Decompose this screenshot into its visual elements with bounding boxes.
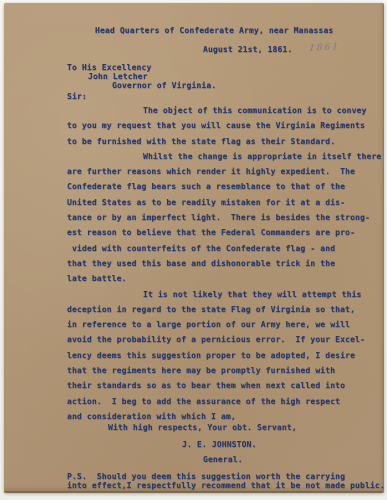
text-line: to be furnished with the state flag as t… — [67, 134, 381, 149]
text-line: action. I beg to add the assurance of th… — [67, 394, 381, 409]
text-line: John Letcher — [67, 72, 216, 81]
signature: J. E. JOHNSTON. — [182, 440, 257, 450]
date-line: August 21st, 1861. — [203, 45, 292, 55]
handwritten-year-annotation: 1861 — [309, 42, 341, 54]
text-line: est reason to believe that the Federal C… — [67, 225, 381, 240]
scan-background: Head Quarters of Confederate Army, near … — [0, 0, 387, 500]
letter-body: The object of this communication is to c… — [67, 103, 381, 424]
salutation: Sir: — [67, 92, 87, 102]
text-line: are further reasons which render it high… — [67, 164, 381, 179]
text-line: that the regiments here may be promptly … — [67, 363, 381, 378]
text-line: It is not likely that they will attempt … — [67, 287, 381, 302]
text-line: Governor of Virginia. — [67, 81, 216, 90]
text-line: To His Excellency — [67, 63, 216, 72]
text-line: avoid the probability of a pernicious er… — [67, 332, 381, 347]
closing-line: With high respects, Your obt. Servant, — [108, 423, 297, 433]
text-line: into effect,I respectfully recommend tha… — [67, 482, 385, 491]
text-line: that they used this base and dishonorabl… — [67, 256, 381, 271]
text-line: Confederate flag bears such a resemblanc… — [67, 179, 381, 194]
postscript-block: P.S. Should you deem this suggestion wor… — [67, 473, 385, 491]
document-paper: Head Quarters of Confederate Army, near … — [4, 3, 384, 493]
text-line: late battle. — [67, 271, 381, 286]
text-line: lency deems this suggestion proper to be… — [67, 348, 381, 363]
recipient-block: To His ExcellencyJohn LetcherGovernor of… — [67, 63, 216, 90]
text-line: The object of this communication is to c… — [67, 103, 381, 118]
letterhead-line: Head Quarters of Confederate Army, near … — [95, 26, 333, 36]
text-line: to you my request that you will cause th… — [67, 118, 381, 133]
signature-title: General. — [203, 455, 243, 465]
text-line: Whilst the change is appropriate in itse… — [67, 149, 381, 164]
text-line: vided with counterfeits of the Confedera… — [67, 241, 381, 256]
text-line: tance or by an imperfect light. There is… — [67, 210, 381, 225]
text-line: deception in regard to the state Flag of… — [67, 302, 381, 317]
text-line: United States as to be readily mistaken … — [67, 195, 381, 210]
text-line: in reference to a large portion of our A… — [67, 317, 381, 332]
text-line: their standards so as to bear them when … — [67, 378, 381, 393]
text-line: and consideration with which I am, — [67, 409, 381, 424]
